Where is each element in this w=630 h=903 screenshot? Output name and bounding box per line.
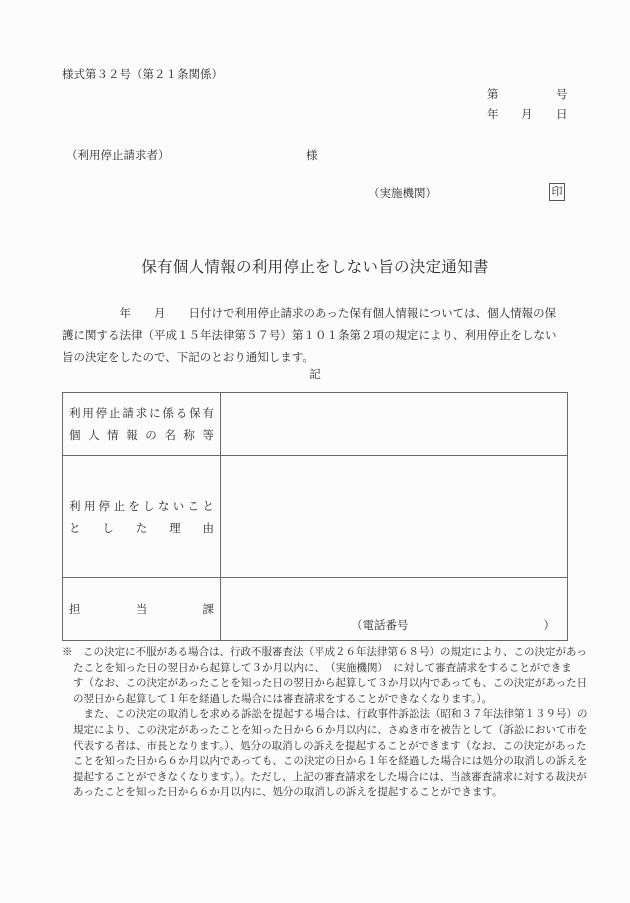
note-line: ※ この決定に不服がある場合は、行政不服審査法（平成２６年法律第６８号）の規定に…	[62, 645, 572, 661]
table-row-reason: 利用停止をしないこと とした理由	[63, 456, 568, 578]
table-row-info-name: 利用停止請求に係る保有 個人情報の名称等	[63, 393, 568, 456]
label-char: 用	[82, 402, 94, 424]
label-department: 担当課	[63, 578, 221, 641]
label-reason: 利用停止をしないこと とした理由	[63, 456, 221, 578]
label-line: 担当課	[69, 598, 214, 620]
label-char: と	[69, 517, 81, 539]
value-reason[interactable]	[221, 456, 568, 578]
form-id: 様式第３２号（第２１条関係）	[62, 66, 223, 82]
label-char: 理	[169, 517, 181, 539]
body-line: 護に関する法律（平成１５年法律第５７号）第１０１条第２項の規定により、利用停止を…	[62, 324, 570, 346]
note-line: 提起することができなくなります。）。ただし、上記の審査請求をした場合には、当該審…	[62, 770, 572, 786]
phone-open-label: （電話番号	[351, 617, 409, 633]
value-info-name[interactable]	[221, 393, 568, 456]
label-char: 保	[189, 402, 201, 424]
label-char: と	[202, 495, 214, 517]
label-line: 利用停止をしないこと	[69, 495, 214, 517]
date-day: 日	[556, 106, 568, 122]
label-char: 利	[69, 495, 81, 517]
ki-heading: 記	[0, 366, 630, 382]
table-row-department: 担当課 （電話番号 ）	[63, 578, 568, 641]
notes: ※ この決定に不服がある場合は、行政不服審査法（平成２６年法律第６８号）の規定に…	[62, 645, 572, 801]
body-paragraph: 年 月 日付けで利用停止請求のあった保有個人情報については、個人情報の保 護に関…	[62, 302, 570, 368]
label-char: 称	[183, 424, 195, 446]
label-char: 係	[162, 402, 174, 424]
label-char: 課	[203, 598, 215, 620]
label-char: 報	[126, 424, 138, 446]
label-char: 個	[69, 424, 81, 446]
label-char: な	[158, 495, 170, 517]
note-line: 規定により、この決定があったことを知った日から６か月以内に、さぬき市を被告として…	[62, 723, 572, 739]
body-line: 旨の決定をしたので、下記のとおり通知します。	[62, 346, 570, 368]
value-department[interactable]: （電話番号 ）	[221, 578, 568, 641]
label-char: こ	[188, 495, 200, 517]
label-line: 個人情報の名称等	[69, 424, 214, 446]
label-char: 利	[69, 402, 81, 424]
label-char: の	[145, 424, 157, 446]
label-line: 利用停止請求に係る保有	[69, 402, 214, 424]
label-char: し	[143, 495, 155, 517]
label-char: に	[149, 402, 161, 424]
label-char: 停	[99, 495, 111, 517]
label-char: 請	[122, 402, 134, 424]
label-line: とした理由	[69, 517, 214, 539]
label-char: 由	[203, 517, 215, 539]
label-char: 担	[69, 598, 81, 620]
phone-close-label: ）	[544, 617, 556, 633]
page-title: 保有個人情報の利用停止をしない旨の決定通知書	[0, 255, 630, 277]
label-char: 当	[136, 598, 148, 620]
note-line: す（なお、この決定があったことを知った日の翌日から起算して３か月以内であっても、…	[62, 676, 572, 692]
label-char: 求	[136, 402, 148, 424]
agency-label: （実施機関）	[368, 185, 437, 201]
label-char: し	[102, 517, 114, 539]
label-char: 等	[202, 424, 214, 446]
date-year: 年	[487, 106, 499, 122]
label-char: 人	[88, 424, 100, 446]
label-char: 名	[164, 424, 176, 446]
seal-icon: 印	[549, 183, 565, 201]
note-line: あったことを知った日から６か月以内に、処分の取消しの訴えを提起することができます…	[62, 785, 572, 801]
note-line: の翌日から起算して１年を経過した場合には審査請求をすることができなくなります。）…	[62, 692, 572, 708]
honorific: 様	[306, 147, 318, 163]
label-char: 停	[96, 402, 108, 424]
number-suffix: 号	[556, 86, 568, 102]
label-char: 止	[109, 402, 121, 424]
label-char: を	[128, 495, 140, 517]
phone-field: （電話番号 ）	[221, 585, 567, 633]
label-char: た	[136, 517, 148, 539]
label-char: 止	[113, 495, 125, 517]
date-month: 月	[521, 106, 533, 122]
note-line: たことを知った日の翌日から起算して３か月以内に、 （実施機関） に対して審査請求…	[62, 661, 572, 677]
label-char: 情	[107, 424, 119, 446]
note-line: 代表する者は、市長となります。）、処分の取消しの訴えを提起することができます（な…	[62, 739, 572, 755]
label-char: い	[173, 495, 185, 517]
label-char: 有	[202, 402, 214, 424]
label-info-name: 利用停止請求に係る保有 個人情報の名称等	[63, 393, 221, 456]
label-char: 用	[84, 495, 96, 517]
note-line: ことを知った日から６か月以内であっても、この決定の日から１年を経過した場合には処…	[62, 754, 572, 770]
number-prefix: 第	[487, 86, 499, 102]
label-char: る	[176, 402, 188, 424]
info-table: 利用停止請求に係る保有 個人情報の名称等 利用停止をしないこと とした理由 担当…	[62, 392, 568, 641]
body-line: 年 月 日付けで利用停止請求のあった保有個人情報については、個人情報の保	[62, 302, 570, 324]
requester-label: （利用停止請求者）	[66, 147, 170, 163]
note-line: また、この決定の取消しを求める訴訟を提起する場合は、行政事件訴訟法（昭和３７年法…	[62, 707, 572, 723]
